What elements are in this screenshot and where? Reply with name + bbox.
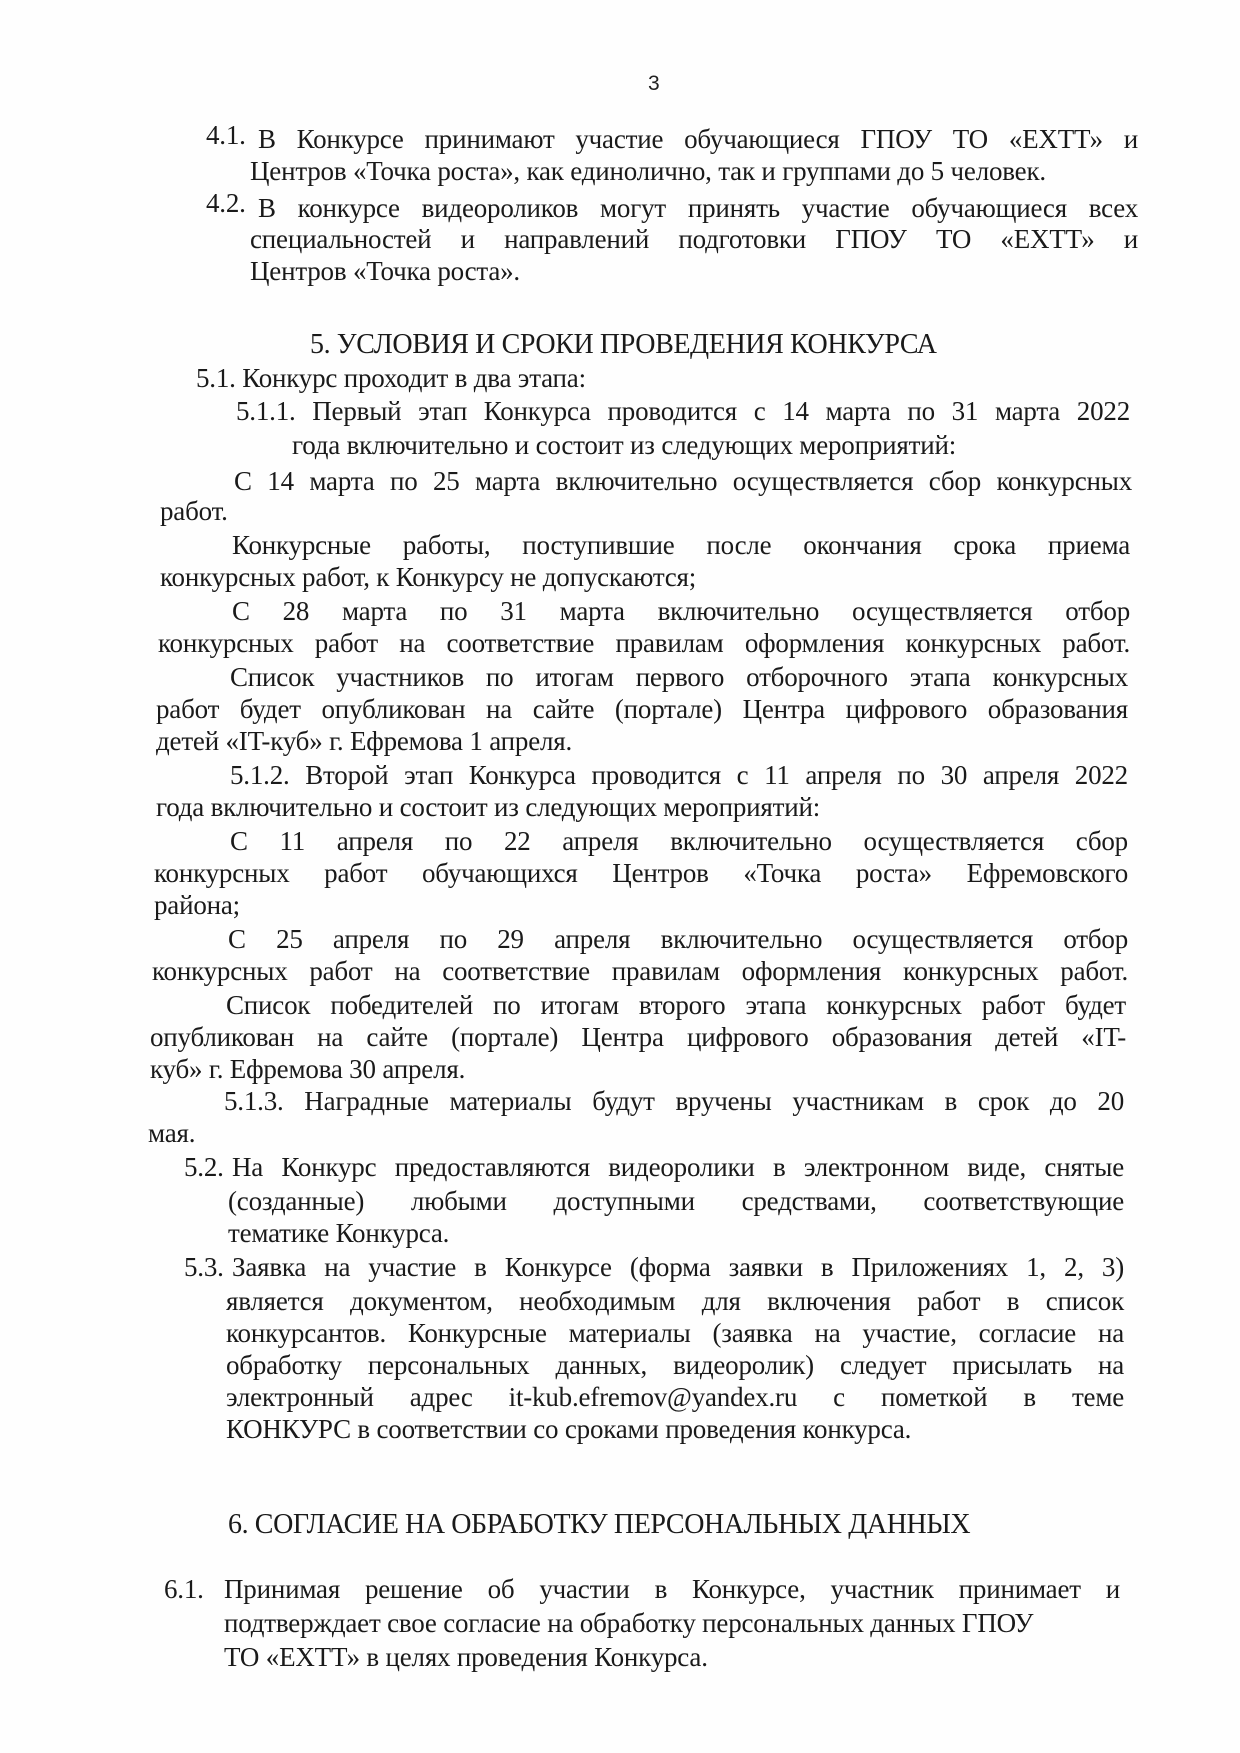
stage2-line-4: С 25 апреля по 29 апреля включительно ос…	[228, 924, 1128, 954]
para-5-1-3-line-1: 5.1.3. Наградные материалы будут вручены…	[224, 1086, 1124, 1116]
para-5-2-line-3: тематике Конкурса.	[228, 1218, 449, 1248]
item-4-2-line-1: В конкурсе видеороликов могут принять уч…	[258, 193, 1138, 223]
stage1-line-4: конкурсных работ, к Конкурсу не допускаю…	[160, 562, 696, 592]
stage1-line-8: работ будет опубликован на сайте (портал…	[156, 694, 1128, 724]
para-5-1-1-line-2: года включительно и состоит из следующих…	[292, 430, 956, 460]
document-page: 3 4.1. В Конкурсе принимают участие обуч…	[0, 0, 1240, 1753]
stage2-line-8: куб» г. Ефремова 30 апреля.	[150, 1054, 465, 1084]
stage1-line-6: конкурсных работ на соответствие правила…	[158, 628, 1130, 658]
section-5-heading: 5. УСЛОВИЯ И СРОКИ ПРОВЕДЕНИЯ КОНКУРСА	[310, 330, 937, 360]
para-5-3-line-5-email: электронный адрес it-kub.efremov@yandex.…	[226, 1382, 1124, 1412]
para-5-1-3-line-2: мая.	[148, 1118, 195, 1148]
para-5-3-line-2: является документом, необходимым для вкл…	[226, 1286, 1124, 1316]
para-5-2-line-1: На Конкурс предоставляются видеоролики в…	[232, 1152, 1124, 1182]
para-5-3-line-3: конкурсантов. Конкурсные материалы (заяв…	[226, 1318, 1124, 1348]
stage1-line-7: Список участников по итогам первого отбо…	[230, 662, 1128, 692]
stage1-line-5: С 28 марта по 31 марта включительно осущ…	[232, 596, 1130, 626]
para-5-3-line-1: Заявка на участие в Конкурсе (форма заяв…	[232, 1252, 1124, 1282]
para-6-1-line-1: Принимая решение об участии в Конкурсе, …	[224, 1574, 1120, 1604]
para-5-1: 5.1. Конкурс проходит в два этапа:	[196, 363, 586, 393]
stage2-line-5: конкурсных работ на соответствие правила…	[152, 956, 1128, 986]
stage2-line-3: района;	[154, 890, 240, 920]
para-5-1-1-line-1: 5.1.1. Первый этап Конкурса проводится с…	[236, 396, 1130, 426]
stage1-line-3: Конкурсные работы, поступившие после око…	[232, 530, 1130, 560]
stage2-line-6: Список победителей по итогам второго эта…	[226, 990, 1126, 1020]
para-6-1-line-2: подтверждает свое согласие на обработку …	[224, 1608, 1033, 1638]
item-4-2-line-2: специальностей и направлений подготовки …	[250, 224, 1138, 254]
stage2-line-7: опубликован на сайте (портале) Центра ци…	[150, 1022, 1126, 1052]
para-5-1-2-line-2: года включительно и состоит из следующих…	[156, 792, 820, 822]
stage1-line-9: детей «IT-куб» г. Ефремова 1 апреля.	[156, 726, 572, 756]
item-4-2-line-3: Центров «Точка роста».	[250, 256, 520, 286]
item-number-4-2: 4.2.	[206, 188, 246, 218]
para-6-1-line-3: ТО «ЕХТТ» в целях проведения Конкурса.	[224, 1642, 708, 1672]
item-number-4-1: 4.1.	[206, 120, 246, 150]
para-5-3-line-6: КОНКУРС в соответствии со сроками провед…	[226, 1414, 911, 1444]
page-number: 3	[648, 72, 660, 96]
stage2-line-1: С 11 апреля по 22 апреля включительно ос…	[230, 826, 1128, 856]
item-number-6-1: 6.1.	[164, 1574, 204, 1604]
item-number-5-3: 5.3.	[184, 1252, 224, 1282]
stage2-line-2: конкурсных работ обучающихся Центров «То…	[154, 858, 1128, 888]
section-6-heading: 6. СОГЛАСИЕ НА ОБРАБОТКУ ПЕРСОНАЛЬНЫХ ДА…	[228, 1510, 970, 1540]
stage1-line-2: работ.	[160, 496, 228, 526]
item-4-1-line-2: Центров «Точка роста», как единолично, т…	[250, 156, 1046, 186]
stage1-line-1: С 14 марта по 25 марта включительно осущ…	[234, 466, 1132, 496]
item-4-1-line-1: В Конкурсе принимают участие обучающиеся…	[258, 124, 1138, 154]
para-5-2-line-2: (созданные) любыми доступными средствами…	[228, 1186, 1124, 1216]
item-number-5-2: 5.2.	[184, 1152, 224, 1182]
para-5-3-line-4: обработку персональных данных, видеороли…	[226, 1350, 1124, 1380]
para-5-1-2-line-1: 5.1.2. Второй этап Конкурса проводится с…	[230, 760, 1128, 790]
